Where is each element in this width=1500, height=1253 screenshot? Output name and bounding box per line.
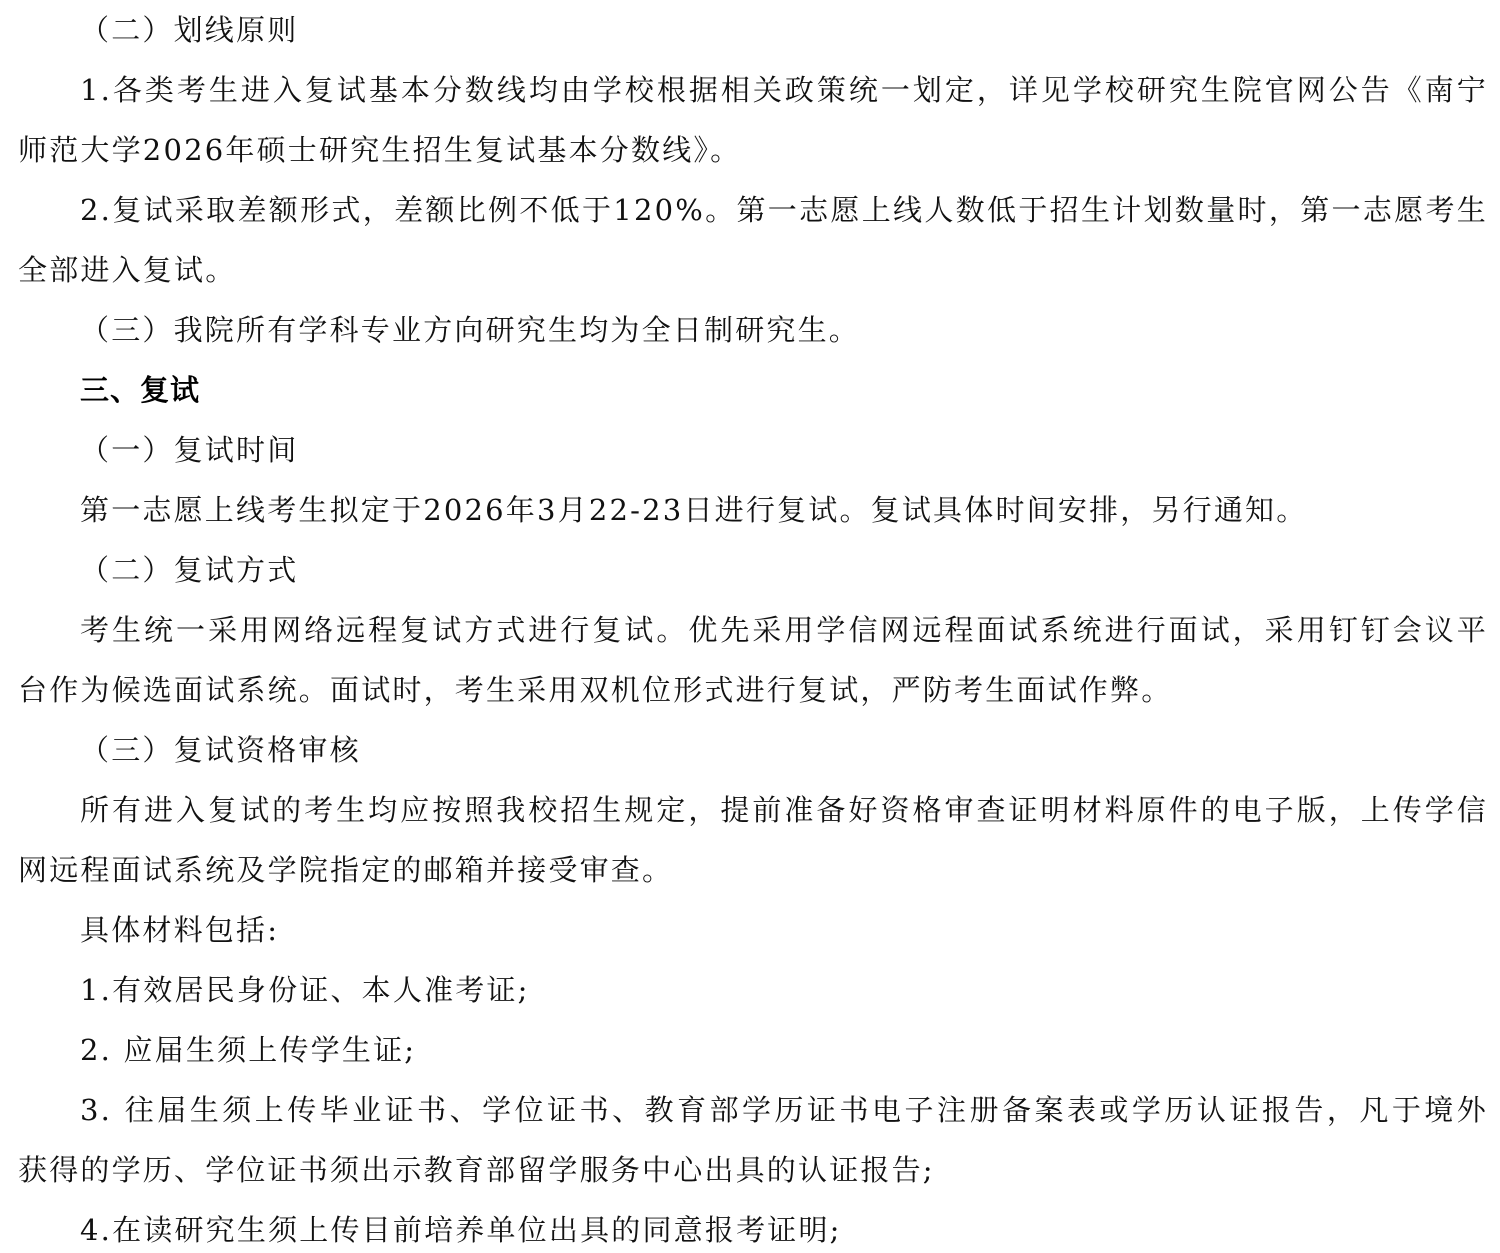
document-page: （二）划线原则 1.各类考生进入复试基本分数线均由学校根据相关政策统一划定，详见… [0,0,1500,1253]
paragraph-retest-mode-line-1: 考生统一采用网络远程复试方式进行复试。优先采用学信网远程面试系统进行面试，采用钉… [80,600,1488,660]
section-heading-retest: 三、复试 [80,360,1488,420]
subsection-heading-retest-time: （一）复试时间 [80,420,1488,480]
paragraph-retest-mode-line-2: 台作为候选面试系统。面试时，考生采用双机位形式进行复试，严防考生面试作弊。 [18,660,1488,720]
paragraph-qualification-line-2: 网远程面试系统及学院指定的邮箱并接受审查。 [18,840,1488,900]
list-item-material-4: 4.在读研究生须上传目前培养单位出具的同意报考证明; [80,1200,1488,1253]
subsection-heading-retest-mode: （二）复试方式 [80,540,1488,600]
paragraph-retest-time: 第一志愿上线考生拟定于2026年3月22-23日进行复试。复试具体时间安排，另行… [80,480,1488,540]
list-item-material-3-line-2: 获得的学历、学位证书须出示教育部留学服务中心出具的认证报告; [18,1140,1488,1200]
paragraph-rule-1-line-2: 师范大学2026年硕士研究生招生复试基本分数线》。 [18,120,1488,180]
paragraph-rule-1-line-1: 1.各类考生进入复试基本分数线均由学校根据相关政策统一划定，详见学校研究生院官网… [80,60,1488,120]
subsection-heading-qualification-review: （三）复试资格审核 [80,720,1488,780]
paragraph-rule-2-line-1: 2.复试采取差额形式，差额比例不低于120%。第一志愿上线人数低于招生计划数量时… [80,180,1488,240]
paragraph-qualification-line-1: 所有进入复试的考生均应按照我校招生规定，提前准备好资格审查证明材料原件的电子版，… [80,780,1488,840]
subsection-fulltime-note: （三）我院所有学科专业方向研究生均为全日制研究生。 [80,300,1488,360]
paragraph-rule-2-line-2: 全部进入复试。 [18,240,1488,300]
list-item-material-1: 1.有效居民身份证、本人准考证; [80,960,1488,1020]
list-item-material-2: 2. 应届生须上传学生证; [80,1020,1488,1080]
materials-intro: 具体材料包括: [80,900,1488,960]
subsection-heading-cutoff-principles: （二）划线原则 [80,0,1488,60]
list-item-material-3-line-1: 3. 往届生须上传毕业证书、学位证书、教育部学历证书电子注册备案表或学历认证报告… [80,1080,1488,1140]
